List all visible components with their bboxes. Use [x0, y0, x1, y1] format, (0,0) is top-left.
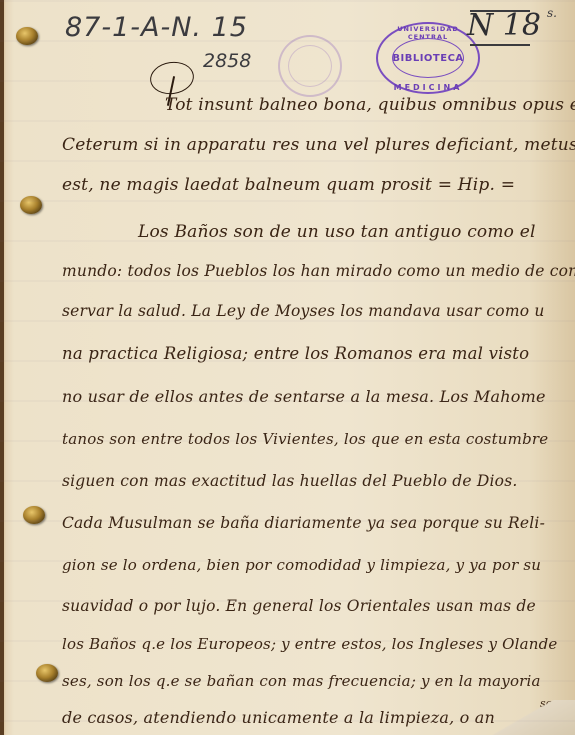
binding-rivet-icon	[16, 27, 38, 45]
folio-suffix: s.	[547, 6, 557, 20]
body-line: tanos son entre todos los Vivientes, los…	[62, 430, 548, 448]
library-stamp: UNIVERSIDAD CENTRAL BIBLIOTECA MEDICINA	[376, 22, 480, 94]
body-line: Los Baños son de un uso tan antiguo como…	[138, 222, 536, 242]
body-line: ses, son los q.e se bañan con mas frecue…	[62, 672, 541, 690]
faded-stamp	[278, 35, 342, 97]
binding-edge	[0, 0, 4, 735]
body-line: los Baños q.e los Europeos; y entre esto…	[62, 635, 557, 653]
binding-rivet-icon	[20, 196, 42, 214]
epigraph-line: Ceterum si in apparatu res una vel plure…	[62, 135, 575, 155]
body-line: no usar de ellos antes de sentarse a la …	[62, 387, 546, 406]
body-line: de casos, atendiendo unicamente a la lim…	[62, 708, 495, 727]
folio-rule-bottom	[470, 44, 530, 46]
body-line: siguen con mas exactitud las huellas del…	[62, 472, 518, 490]
body-line: gion se lo ordena, bien por comodidad y …	[62, 556, 541, 574]
stamp-center-text: BIBLIOTECA	[392, 53, 463, 64]
inventory-number: 2858	[203, 50, 251, 72]
folio-number: N 18	[467, 8, 541, 43]
body-line: Cada Musulman se baña diariamente ya sea…	[62, 514, 545, 532]
body-line: servar la salud. La Ley de Moyses los ma…	[62, 302, 545, 320]
body-line: suavidad o por lujo. En general los Orie…	[62, 597, 536, 615]
epigraph-line: Tot insunt balneo bona, quibus omnibus o…	[165, 95, 575, 115]
epigraph-line: est, ne magis laedat balneum quam prosit…	[62, 175, 515, 195]
stamp-bottom-text: MEDICINA	[378, 83, 478, 92]
body-line: na practica Religiosa; entre los Romanos…	[62, 344, 529, 363]
folded-corner	[488, 700, 575, 735]
manuscript-page: 87-1-A-N. 15 2858 UNIVERSIDAD CENTRAL BI…	[0, 0, 575, 735]
call-number: 87-1-A-N. 15	[65, 12, 248, 43]
body-line: mundo: todos los Pueblos los han mirado …	[62, 262, 575, 280]
binding-rivet-icon	[36, 664, 58, 682]
stamp-center: BIBLIOTECA	[392, 38, 464, 78]
binding-rivet-icon	[23, 506, 45, 524]
